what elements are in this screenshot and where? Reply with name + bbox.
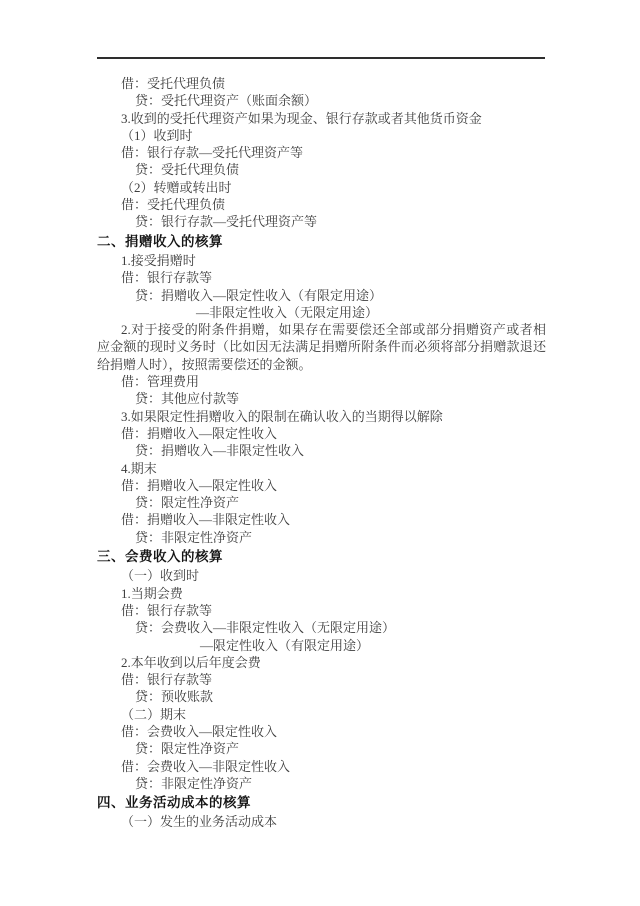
header-rule [97, 57, 545, 59]
doc-line: （二）期末 [121, 706, 546, 723]
doc-line: 借：管理费用 [121, 373, 546, 390]
doc-paragraph: 2.对于接受的附条件捐赠，如果存在需要偿还全部或部分捐赠资产或者相应金额的现时义… [97, 321, 546, 373]
doc-line: 借：银行存款—受托代理资产等 [121, 144, 546, 161]
doc-line: 借：捐赠收入—限定性收入 [121, 477, 546, 494]
doc-line: 贷：非限定性净资产 [135, 775, 546, 792]
doc-line: 借：受托代理负债 [121, 196, 546, 213]
doc-line: 2.本年收到以后年度会费 [121, 654, 546, 671]
document-content: 借：受托代理负债 贷：受托代理资产（账面余额） 3.收到的受托代理资产如果为现金… [97, 75, 546, 831]
doc-line: 贷：会费收入—非限定性收入（无限定用途） [135, 619, 546, 636]
doc-line: （2）转赠或转出时 [121, 179, 546, 196]
doc-line: 借：会费收入—限定性收入 [121, 723, 546, 740]
doc-line: 3.收到的受托代理资产如果为现金、银行存款或者其他货币资金 [121, 110, 546, 127]
document-page: 借：受托代理负债 贷：受托代理资产（账面余额） 3.收到的受托代理资产如果为现金… [0, 0, 640, 906]
doc-line: 贷：银行存款—受托代理资产等 [135, 213, 546, 230]
doc-line: 借：捐赠收入—限定性收入 [121, 425, 546, 442]
doc-line: 借：银行存款等 [121, 602, 546, 619]
doc-line: 贷：预收账款 [135, 688, 546, 705]
section-heading-donation-income: 二、捐赠收入的核算 [97, 233, 546, 250]
section-heading-membership-fee-income: 三、会费收入的核算 [97, 548, 546, 565]
doc-line: 3.如果限定性捐赠收入的限制在确认收入的当期得以解除 [121, 408, 546, 425]
doc-line: 1.接受捐赠时 [121, 252, 546, 269]
doc-line: 贷：捐赠收入—非限定性收入 [135, 442, 546, 459]
doc-line: 贷：捐赠收入—限定性收入（有限定用途） [135, 287, 546, 304]
doc-line: 贷：限定性净资产 [135, 494, 546, 511]
doc-line: 4.期末 [121, 460, 546, 477]
doc-line: 借：银行存款等 [121, 269, 546, 286]
doc-line: —非限定性收入（无限定用途） [196, 304, 546, 321]
doc-line: （一）发生的业务活动成本 [121, 813, 546, 830]
doc-line: —限定性收入（有限定用途） [200, 637, 546, 654]
doc-line: 借：受托代理负债 [121, 75, 546, 92]
doc-line: 1.当期会费 [121, 585, 546, 602]
doc-line: 贷：受托代理负债 [135, 161, 546, 178]
doc-line: 贷：非限定性净资产 [135, 529, 546, 546]
doc-line: 贷：其他应付款等 [135, 390, 546, 407]
doc-line: （一）收到时 [121, 567, 546, 584]
section-heading-activity-cost: 四、业务活动成本的核算 [97, 794, 546, 811]
doc-line: 借：银行存款等 [121, 671, 546, 688]
doc-line: 借：捐赠收入—非限定性收入 [121, 511, 546, 528]
doc-line: 借：会费收入—非限定性收入 [121, 758, 546, 775]
doc-line: 贷：受托代理资产（账面余额） [135, 92, 546, 109]
doc-line: （1）收到时 [121, 127, 546, 144]
doc-line: 贷：限定性净资产 [135, 740, 546, 757]
